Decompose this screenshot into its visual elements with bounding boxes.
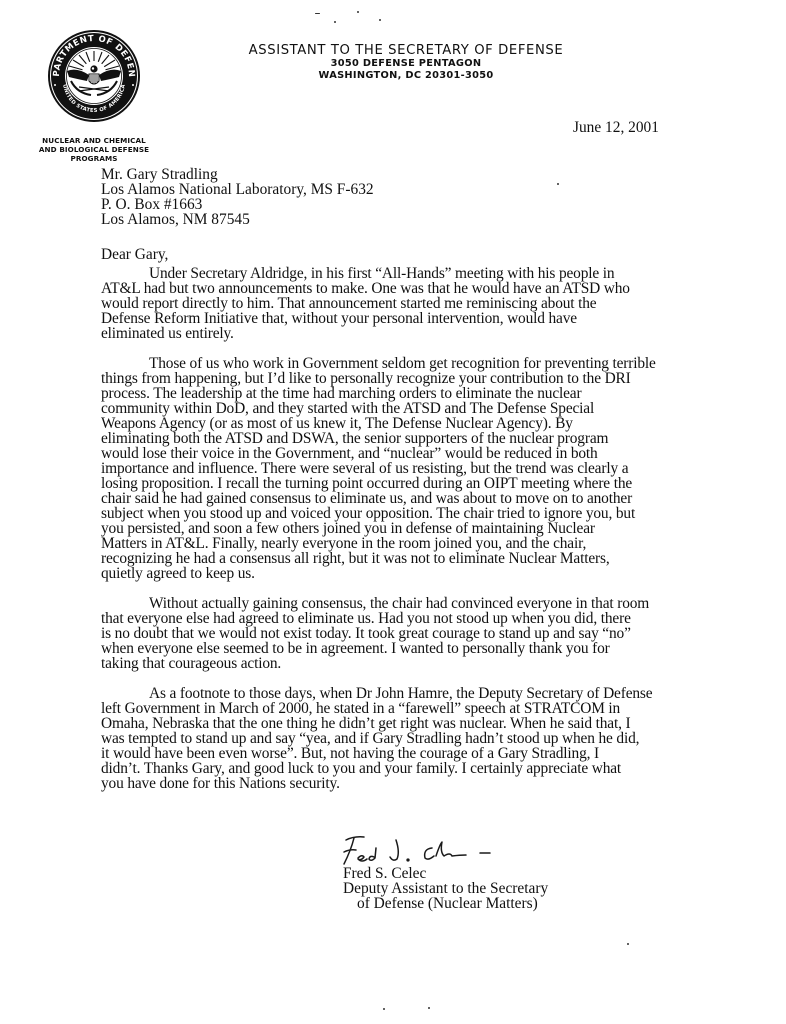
recipient-line: Los Alamos, NM 87545 (101, 212, 374, 227)
body-line: it would have been even worse”. But, not… (101, 746, 706, 761)
letterhead: ASSISTANT TO THE SECRETARY OF DEFENSE 30… (200, 43, 612, 82)
body-line: Under Secretary Aldridge, in his first “… (101, 266, 706, 281)
body-line: you have done for this Nations security. (101, 776, 706, 791)
body-line: losing proposition. I recall the turning… (101, 476, 706, 491)
body-line: was tempted to stand up and say “yea, an… (101, 731, 706, 746)
body-line: Defense Reform Initiative that, without … (101, 311, 706, 326)
scan-speck (627, 943, 629, 945)
office-line: AND BIOLOGICAL DEFENSE (4, 145, 184, 154)
office-line: NUCLEAR AND CHEMICAL (4, 136, 184, 145)
body-line: didn’t. Thanks Gary, and good luck to yo… (101, 761, 706, 776)
body-line: things from happening, but I’d like to p… (101, 371, 706, 386)
handwritten-signature-icon (340, 830, 520, 868)
body-line: recognizing he had a consensus all right… (101, 551, 706, 566)
recipient-address: Mr. Gary Stradling Los Alamos National L… (101, 167, 374, 227)
body-line: AT&L had but two announcements to make. … (101, 281, 706, 296)
body-line: left Government in March of 2000, he sta… (101, 701, 706, 716)
recipient-line: Los Alamos National Laboratory, MS F-632 (101, 182, 374, 197)
body-paragraph: Without actually gaining consensus, the … (101, 596, 706, 671)
body-line: chair said he had gained consensus to el… (101, 491, 706, 506)
body-line: eliminated us entirely. (101, 326, 706, 341)
body-line: As a footnote to those days, when Dr Joh… (101, 686, 706, 701)
body-line: Weapons Agency (or as most of us knew it… (101, 416, 706, 431)
letter-body: Under Secretary Aldridge, in his first “… (101, 266, 706, 806)
signer-title: Deputy Assistant to the Secretary (343, 881, 548, 896)
body-line: community within DoD, and they started w… (101, 401, 706, 416)
scan-speck (379, 19, 381, 21)
body-line: is no doubt that we would not exist toda… (101, 626, 706, 641)
body-line: quietly agreed to keep us. (101, 566, 706, 581)
body-line: Without actually gaining consensus, the … (101, 596, 706, 611)
signer-name: Fred S. Celec (343, 866, 548, 881)
letterhead-address-line: WASHINGTON, DC 20301-3050 (200, 70, 612, 82)
scan-speck (357, 11, 359, 13)
scan-speck (315, 13, 320, 14)
body-line: process. The leadership at the time had … (101, 386, 706, 401)
office-name: NUCLEAR AND CHEMICAL AND BIOLOGICAL DEFE… (4, 136, 184, 163)
body-line: would lose their voice in the Government… (101, 446, 706, 461)
body-line: Those of us who work in Government seldo… (101, 356, 706, 371)
scan-speck (334, 21, 336, 23)
body-line: when everyone else seemed to be in agree… (101, 641, 706, 656)
body-line: that everyone else had agreed to elimina… (101, 611, 706, 626)
signature-block: Fred S. Celec Deputy Assistant to the Se… (343, 866, 548, 911)
body-line: Matters in AT&L. Finally, nearly everyon… (101, 536, 706, 551)
body-paragraph: Under Secretary Aldridge, in his first “… (101, 266, 706, 341)
office-line: PROGRAMS (4, 154, 184, 163)
letterhead-title: ASSISTANT TO THE SECRETARY OF DEFENSE (200, 43, 612, 58)
recipient-line: Mr. Gary Stradling (101, 167, 374, 182)
body-line: would report directly to him. That annou… (101, 296, 706, 311)
body-line: you persisted, and soon a few others joi… (101, 521, 706, 536)
body-line: eliminating both the ATSD and DSWA, the … (101, 431, 706, 446)
letter-date: June 12, 2001 (573, 119, 659, 137)
body-paragraph: As a footnote to those days, when Dr Joh… (101, 686, 706, 791)
body-line: taking that courageous action. (101, 656, 706, 671)
scan-speck (428, 1007, 430, 1009)
body-line: subject when you stood up and voiced you… (101, 506, 706, 521)
letter-page: DEPARTMENT OF DEFENSE UNITED STATES OF A… (0, 0, 786, 1024)
recipient-line: P. O. Box #1663 (101, 197, 374, 212)
signer-title: of Defense (Nuclear Matters) (343, 896, 548, 911)
scan-speck (383, 1008, 385, 1010)
scan-speck (557, 183, 559, 185)
body-line: Omaha, Nebraska that the one thing he di… (101, 716, 706, 731)
body-line: importance and influence. There were sev… (101, 461, 706, 476)
department-of-defense-seal-icon: DEPARTMENT OF DEFENSE UNITED STATES OF A… (47, 29, 141, 123)
letterhead-address-line: 3050 DEFENSE PENTAGON (200, 58, 612, 70)
salutation: Dear Gary, (101, 246, 168, 264)
body-paragraph: Those of us who work in Government seldo… (101, 356, 706, 581)
